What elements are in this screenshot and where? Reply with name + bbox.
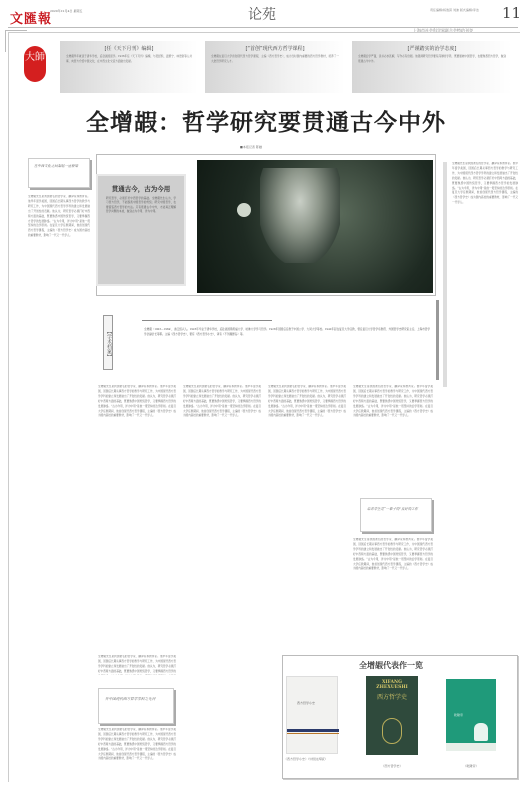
highlight-box-2: [“首创”现代西方哲学课程] 全增嘏在复旦大学首创现代西方哲学课程，主编《西方哲… bbox=[205, 41, 345, 93]
book-caption-2: 《西方哲学史》 bbox=[366, 764, 418, 768]
editor-credits: 责任编辑/杨逸淇 刘迪 版式编辑/李洁 bbox=[430, 8, 500, 12]
highlight-text: 全增嘏早年就读于清华学校，后赴美国留学。1936年任《天下月刊》编辑，与吴经熊、… bbox=[60, 52, 198, 88]
book-cover-3: 乾隆帝 bbox=[446, 679, 496, 751]
portrait-figure bbox=[260, 168, 340, 263]
highlight-box-1: [任《天下月刊》编辑] 全增嘏早年就读于清华学校，后赴美国留学。1936年任《天… bbox=[60, 41, 198, 93]
corner-ornament bbox=[5, 30, 27, 52]
book-caption-3: 《乾隆帝》 bbox=[446, 764, 496, 768]
bio-divider bbox=[142, 320, 272, 321]
bio-label: 【学术档案】 bbox=[103, 315, 113, 370]
body-column-5a: 全增嘏先生是我国著名的哲学家、翻译家和教育家。他早年留学美国，回国后长期从事西方… bbox=[353, 385, 433, 495]
body-column-3: 全增嘏先生是我国著名的哲学家、翻译家和教育家。他早年留学美国，回国后长期从事西方… bbox=[183, 385, 261, 775]
page-number: 11 bbox=[502, 4, 521, 22]
figure-icon bbox=[474, 723, 488, 741]
book-caption-1: 《西方哲学小史》（中国文库版） bbox=[284, 757, 342, 761]
body-column-4: 全增嘏先生是我国著名的哲学家、翻译家和教育家。他早年留学美国，回国后长期从事西方… bbox=[268, 385, 346, 650]
pullquote-1: 在中西文化之间架起一座桥梁 bbox=[28, 158, 90, 188]
ornament-icon bbox=[382, 718, 402, 744]
body-column-2: 全增嘏先生是我国著名的哲学家、翻译家和教育家。他早年留学美国，回国后长期从事西方… bbox=[98, 385, 176, 645]
pullquote-2: 培养学生是“一辈子的”良好的工作 bbox=[360, 498, 432, 532]
book-cover-2: XIFANG ZHEXUESHI 西方哲学史 bbox=[366, 676, 418, 755]
body-column-1: 全增嘏先生是我国著名的哲学家、翻译家和教育家。他早年留学美国，回国后长期从事西方… bbox=[28, 195, 90, 780]
highlight-title: [严谨踏实的治学态度] bbox=[352, 45, 512, 52]
pullquote-3: 开中国现代西方哲学学科之先河 bbox=[98, 688, 174, 724]
body-column-5b: 全增嘏先生是我国著名的哲学家、翻译家和教育家。他早年留学美国，回国后长期从事西方… bbox=[353, 538, 433, 650]
byline: ■本报记者 陈融 bbox=[240, 145, 262, 149]
lamp-icon bbox=[237, 203, 251, 217]
bio-text: 全增嘏（1903—1984），浙江绍兴人。1923年毕业于清华学校，后赴美国斯坦… bbox=[144, 327, 430, 337]
section-title: 论苑 bbox=[248, 4, 276, 24]
highlight-text: 全增嘏在复旦大学首创现代西方哲学课程，主编《西方哲学史》，成为当时国内重要的西方… bbox=[205, 52, 345, 88]
book-cover-1: 西方哲学小史 bbox=[286, 676, 338, 754]
side-divider bbox=[443, 162, 447, 387]
issue-date: 2020年12月4日 星期五 bbox=[50, 9, 110, 13]
quote-text: 研究哲学，必须打好中西哲学的基础。全增嘏先生认为，学习西方哲学，不能脱离中国哲学… bbox=[98, 193, 184, 273]
highlight-text: 全增嘏治学严谨，读书必求甚解，写作必有依据。他强调研究哲学要有深厚的学养，既要通… bbox=[352, 52, 512, 88]
newspaper-logo: 文匯報 bbox=[10, 8, 52, 27]
highlight-box-3: [严谨踏实的治学态度] 全增嘏治学严谨，读书必求甚解，写作必有依据。他强调研究哲… bbox=[352, 41, 512, 93]
books-title: 全增嘏代表作一览 bbox=[355, 660, 427, 671]
body-column-2c: 全增嘏先生是我国著名的哲学家、翻译家和教育家。他早年留学美国，回国后长期从事西方… bbox=[98, 728, 176, 778]
headline: 全增嘏：哲学研究要贯通古今中外 bbox=[66, 104, 466, 137]
book-stripe bbox=[287, 729, 339, 732]
body-column-2b: 全增嘏先生是我国著名的哲学家、翻译家和教育家。他早年留学美国，回国后长期从事西方… bbox=[98, 655, 176, 675]
master-seal-icon: 大師 bbox=[24, 46, 46, 82]
book-stripe bbox=[287, 733, 339, 734]
body-column-6: 全增嘏先生是我国著名的哲学家、翻译家和教育家。他早年留学美国，回国后长期从事西方… bbox=[452, 162, 518, 650]
highlight-title: [“首创”现代西方哲学课程] bbox=[205, 45, 345, 52]
book-band bbox=[446, 743, 496, 751]
bio-shadow bbox=[436, 300, 439, 380]
highlight-title: [任《天下月刊》编辑] bbox=[60, 45, 198, 52]
quote-box: 贯通古今，古为今用 研究哲学，必须打好中西哲学的基础。全增嘏先生认为，学习西方哲… bbox=[96, 174, 186, 286]
quote-title: 贯通古今，古为今用 bbox=[98, 184, 184, 193]
